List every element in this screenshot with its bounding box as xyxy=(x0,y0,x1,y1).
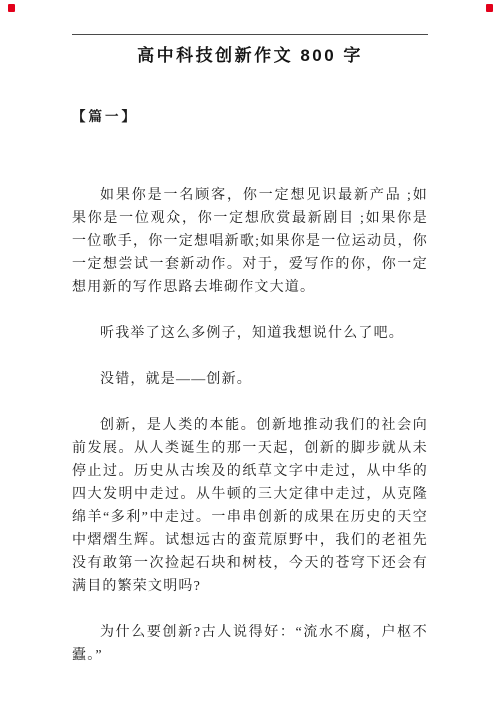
section-label: 【篇一】 xyxy=(72,105,428,125)
paragraph: 如果你是一名顾客，你一定想见识最新产品 ;如果你是一位观众，你一定想欣赏最新剧目… xyxy=(72,184,428,299)
essay-body: 如果你是一名顾客，你一定想见识最新产品 ;如果你是一位观众，你一定想欣赏最新剧目… xyxy=(72,184,428,667)
paragraph: 听我举了这么多例子，知道我想说什么了吧。 xyxy=(72,322,428,345)
paragraph: 创新，是人类的本能。创新地推动我们的社会向前发展。从人类诞生的那一天起，创新的脚… xyxy=(72,414,428,598)
paragraph: 为什么要创新?古人说得好：“流水不腐，户枢不蠹。” xyxy=(72,621,428,667)
paragraph: 没错，就是——创新。 xyxy=(72,368,428,391)
document-title: 高中科技创新作文 800 字 xyxy=(72,44,428,68)
title-divider xyxy=(72,34,428,35)
document-content: 高中科技创新作文 800 字 【篇一】 如果你是一名顾客，你一定想见识最新产品 … xyxy=(0,34,500,667)
red-corner-mark-right-icon xyxy=(486,4,493,12)
document-page: 高中科技创新作文 800 字 【篇一】 如果你是一名顾客，你一定想见识最新产品 … xyxy=(0,0,500,707)
red-corner-mark-left-icon xyxy=(8,4,15,12)
